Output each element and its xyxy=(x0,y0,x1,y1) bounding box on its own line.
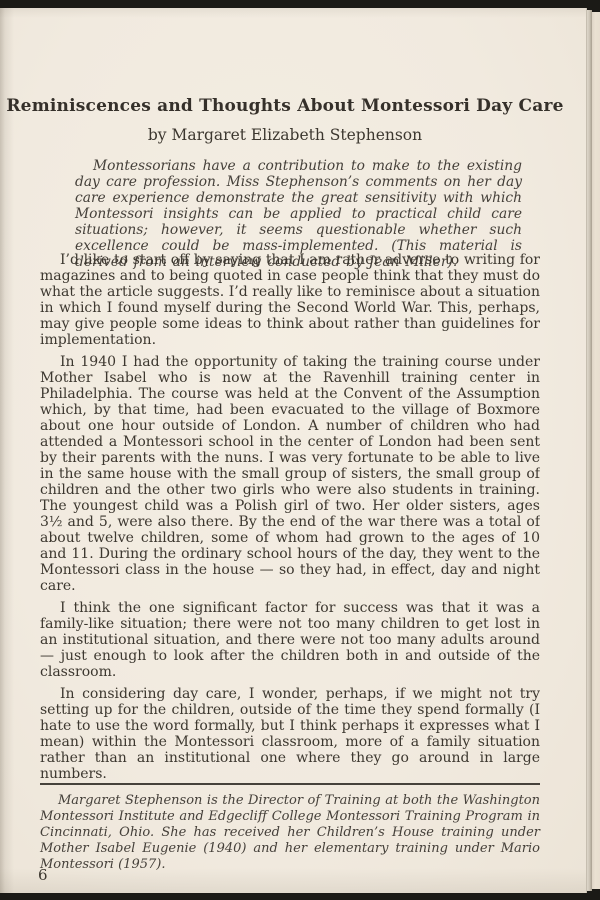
article-title: Reminiscences and Thoughts About Montess… xyxy=(0,96,570,116)
page-number: 6 xyxy=(38,866,48,884)
article-body: I’d like to start off by saying that I a… xyxy=(40,252,540,780)
author-footnote: Margaret Stephenson is the Director of T… xyxy=(40,793,540,873)
next-page-edge xyxy=(592,12,600,889)
body-paragraph-3: I think the one significant factor for s… xyxy=(40,600,540,680)
body-paragraph-2: In 1940 I had the opportunity of taking … xyxy=(40,354,540,594)
article-byline: by Margaret Elizabeth Stephenson xyxy=(0,126,570,144)
body-paragraph-4: In considering day care, I wonder, perha… xyxy=(40,686,540,780)
scan-background: Reminiscences and Thoughts About Montess… xyxy=(0,0,600,900)
body-paragraph-1: I’d like to start off by saying that I a… xyxy=(40,252,540,348)
book-page: Reminiscences and Thoughts About Montess… xyxy=(0,8,587,893)
footnote-divider xyxy=(40,783,540,785)
